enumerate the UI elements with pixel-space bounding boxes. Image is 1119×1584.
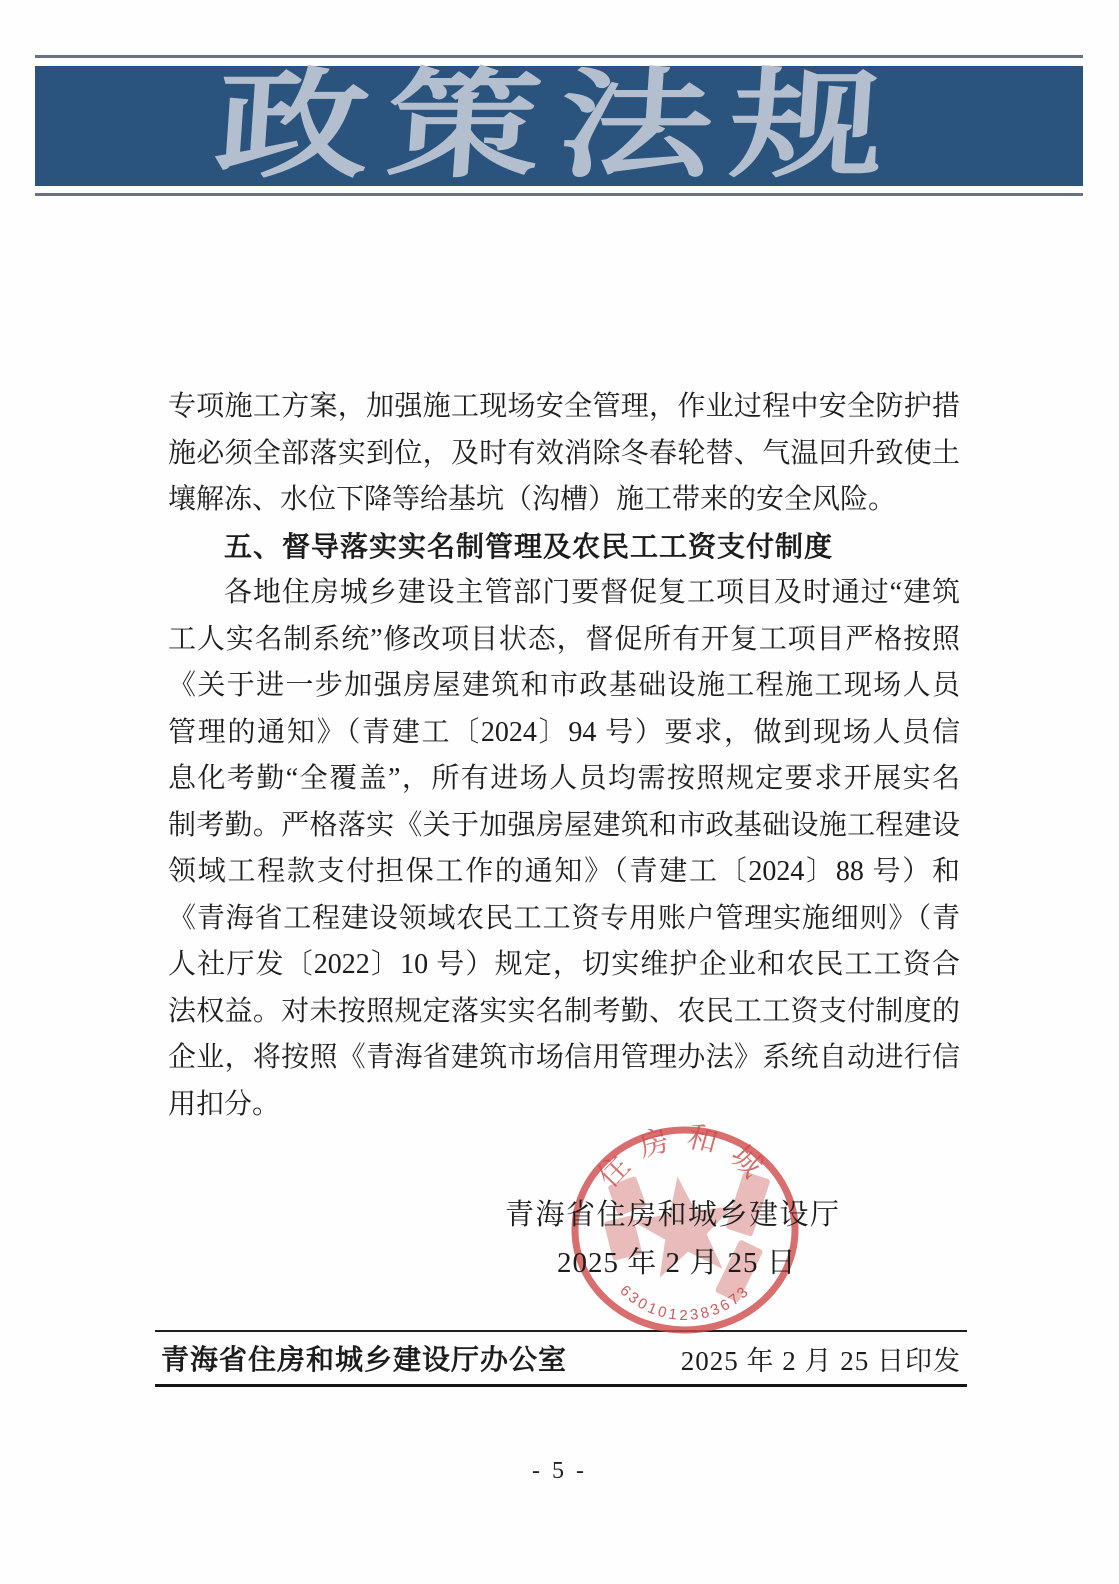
banner-title-box: 政策法规 bbox=[35, 66, 1083, 186]
banner-top-rule bbox=[35, 55, 1083, 58]
body-line: 壤解冻、水位下降等给基坑（沟槽）施工带来的安全风险。 bbox=[168, 477, 960, 524]
signature-org: 青海省住房和城乡建设厅 bbox=[505, 1192, 841, 1233]
body-line: 法权益。对未按照规定落实实名制考勤、农民工工资支付制度的 bbox=[168, 989, 960, 1036]
body-line: 管理的通知》（青建工〔2024〕94 号）要求，做到现场人员信 bbox=[168, 710, 960, 757]
footer-print-date: 2025 年 2 月 25 日印发 bbox=[681, 1339, 961, 1378]
body-line: 息化考勤“全覆盖”，所有进场人员均需按照规定要求开展实名 bbox=[168, 756, 960, 803]
footer-imprint: 青海省住房和城乡建设厅办公室 2025 年 2 月 25 日印发 bbox=[155, 1330, 967, 1387]
body-line: 用扣分。 bbox=[168, 1082, 960, 1129]
document-body: 专项施工方案，加强施工现场安全管理，作业过程中安全防护措 施必须全部落实到位，及… bbox=[168, 384, 960, 1128]
body-line: 企业，将按照《青海省建筑市场信用管理办法》系统自动进行信 bbox=[168, 1035, 960, 1082]
document-page: 政策法规 专项施工方案，加强施工现场安全管理，作业过程中安全防护措 施必须全部落… bbox=[0, 0, 1119, 1584]
body-line: 领域工程款支付担保工作的通知》（青建工〔2024〕88 号）和 bbox=[168, 849, 960, 896]
signature-date: 2025 年 2 月 25 日 bbox=[557, 1240, 797, 1281]
body-line: 专项施工方案，加强施工现场安全管理，作业过程中安全防护措 bbox=[168, 384, 960, 431]
banner-bottom-rule bbox=[35, 193, 1083, 196]
body-line: 制考勤。严格落实《关于加强房屋建筑和市政基础设施工程建设 bbox=[168, 803, 960, 850]
body-line: 《关于进一步加强房屋建筑和市政基础设施工程施工现场人员 bbox=[168, 663, 960, 710]
body-line: 施必须全部落实到位，及时有效消除冬春轮替、气温回升致使土 bbox=[168, 431, 960, 478]
footer-issuing-office: 青海省住房和城乡建设厅办公室 bbox=[161, 1338, 567, 1378]
body-line: 各地住房城乡建设主管部门要督促复工项目及时通过“建筑 bbox=[168, 570, 960, 617]
body-line: 工人实名制系统”修改项目状态，督促所有开复工项目严格按照 bbox=[168, 617, 960, 664]
section-heading: 五、督导落实实名制管理及农民工工资支付制度 bbox=[168, 524, 960, 571]
body-line: 人社厅发〔2022〕10 号）规定，切实维护企业和农民工工资合 bbox=[168, 942, 960, 989]
body-line: 《青海省工程建设领域农民工工资专用账户管理实施细则》（青 bbox=[168, 896, 960, 943]
page-number: - 5 - bbox=[0, 1458, 1119, 1485]
page-banner-title: 政策法规 bbox=[212, 67, 906, 185]
banner: 政策法规 bbox=[35, 55, 1083, 196]
footer-bottom-rule bbox=[155, 1384, 967, 1387]
